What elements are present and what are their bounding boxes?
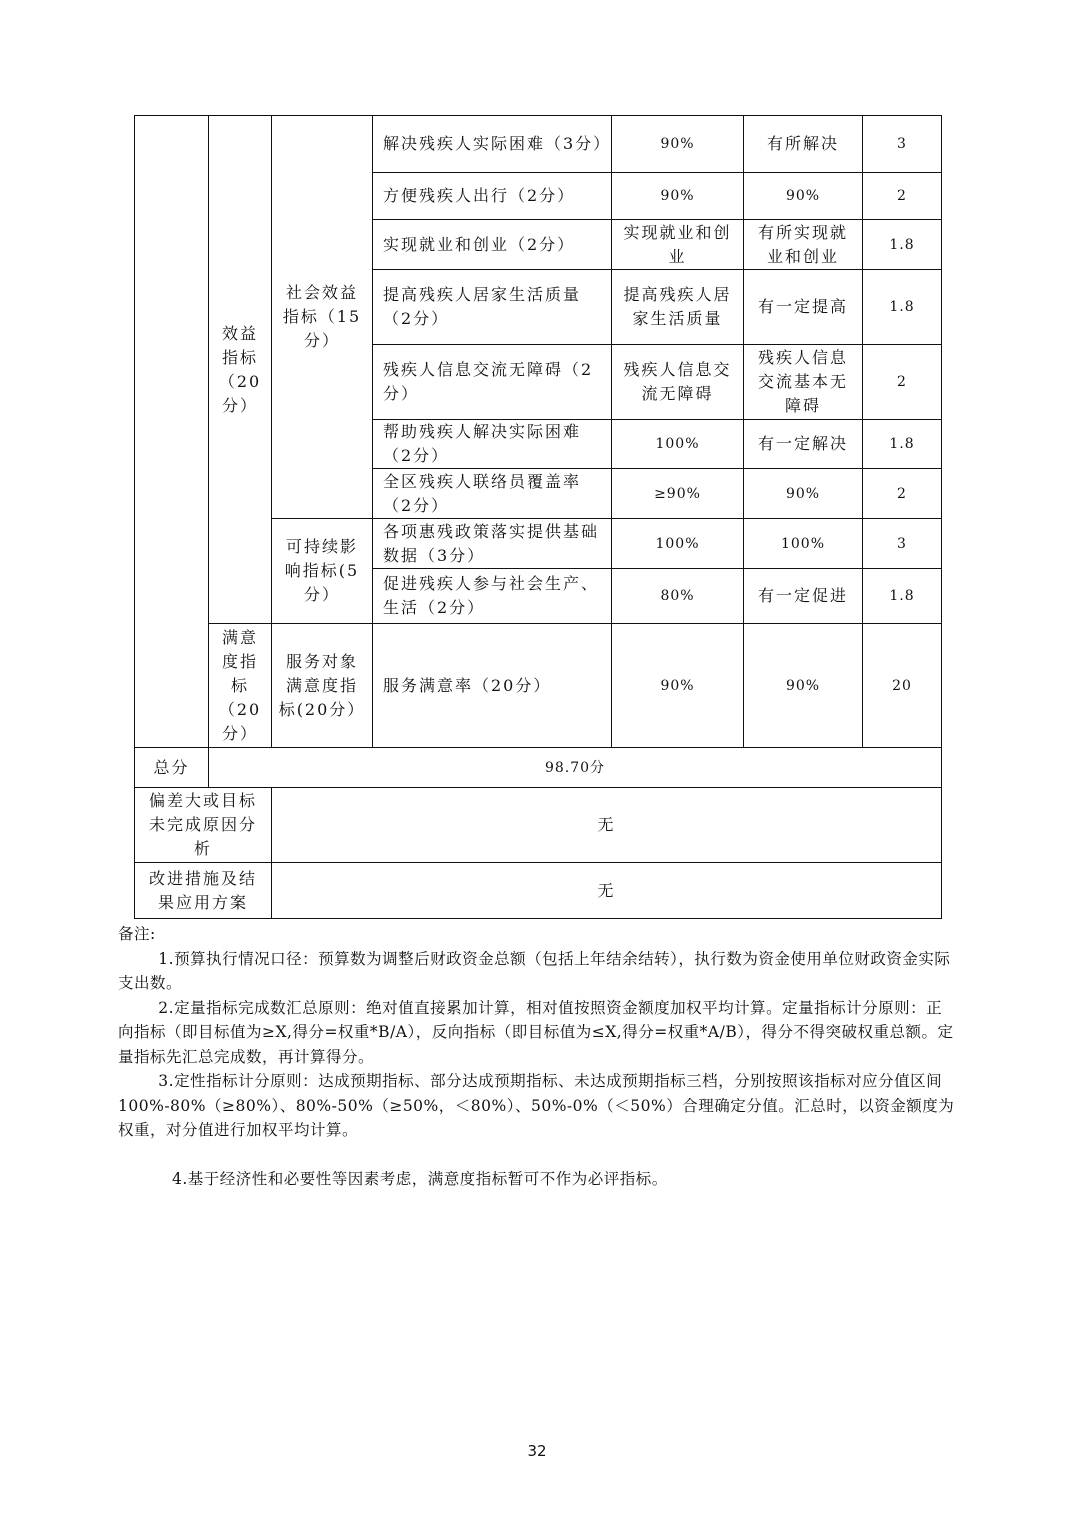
target-cell: ≥90% <box>612 469 744 519</box>
target-cell: 80% <box>612 569 744 624</box>
page-number: 32 <box>0 1442 1074 1460</box>
level3-social-cell: 社会效益指标（15分） <box>272 116 373 519</box>
indicator-cell: 解决残疾人实际困难（3分） <box>373 116 612 173</box>
target-cell: 90% <box>612 173 744 220</box>
actual-cell: 有一定提高 <box>744 270 863 345</box>
actual-cell: 有所实现就业和创业 <box>744 220 863 270</box>
note-item: 3.定性指标计分原则：达成预期指标、部分达成预期指标、未达成预期指标三档，分别按… <box>118 1069 958 1143</box>
target-cell: 实现就业和创业 <box>612 220 744 270</box>
actual-cell: 有一定解决 <box>744 420 863 469</box>
indicator-cell: 残疾人信息交流无障碍（2分） <box>373 345 612 420</box>
level3-satisfaction-cell: 服务对象满意度指标(20分） <box>272 624 373 748</box>
target-cell: 90% <box>612 116 744 173</box>
indicator-cell: 服务满意率（20分） <box>373 624 612 748</box>
improvement-value: 无 <box>272 863 942 919</box>
indicator-cell: 提高残疾人居家生活质量（2分） <box>373 270 612 345</box>
score-cell: 1.8 <box>863 270 942 345</box>
note-item: 1.预算执行情况口径：预算数为调整后财政资金总额（包括上年结余结转），执行数为资… <box>118 947 958 996</box>
notes-title: 备注: <box>118 922 958 947</box>
actual-cell: 有一定促进 <box>744 569 863 624</box>
score-cell: 1.8 <box>863 420 942 469</box>
target-cell: 100% <box>612 519 744 569</box>
actual-cell: 有所解决 <box>744 116 863 173</box>
level1-cell <box>135 116 209 748</box>
score-cell: 2 <box>863 345 942 420</box>
total-value: 98.70分 <box>209 748 942 788</box>
score-cell: 1.8 <box>863 220 942 270</box>
table-row: 满意度指标（20分） 服务对象满意度指标(20分） 服务满意率（20分） 90%… <box>135 624 942 748</box>
deviation-label: 偏差大或目标未完成原因分析 <box>135 788 272 863</box>
indicator-cell: 实现就业和创业（2分） <box>373 220 612 270</box>
actual-cell: 90% <box>744 469 863 519</box>
actual-cell: 100% <box>744 519 863 569</box>
deviation-value: 无 <box>272 788 942 863</box>
improvement-row: 改进措施及结果应用方案 无 <box>135 863 942 919</box>
level2-satisfaction-cell: 满意度指标（20分） <box>209 624 272 748</box>
score-cell: 2 <box>863 469 942 519</box>
indicator-cell: 促进残疾人参与社会生产、生活（2分） <box>373 569 612 624</box>
score-cell: 3 <box>863 116 942 173</box>
score-cell: 1.8 <box>863 569 942 624</box>
target-cell: 提高残疾人居家生活质量 <box>612 270 744 345</box>
indicator-cell: 方便残疾人出行（2分） <box>373 173 612 220</box>
indicator-cell: 全区残疾人联络员覆盖率（2分） <box>373 469 612 519</box>
deviation-row: 偏差大或目标未完成原因分析 无 <box>135 788 942 863</box>
target-cell: 残疾人信息交流无障碍 <box>612 345 744 420</box>
target-cell: 100% <box>612 420 744 469</box>
improvement-label: 改进措施及结果应用方案 <box>135 863 272 919</box>
note-item: 2.定量指标完成数汇总原则：绝对值直接累加计算，相对值按照资金额度加权平均计算。… <box>118 996 958 1070</box>
total-row: 总分 98.70分 <box>135 748 942 788</box>
score-cell: 2 <box>863 173 942 220</box>
note-item: 4.基于经济性和必要性等因素考虑，满意度指标暂可不作为必评指标。 <box>118 1167 958 1192</box>
score-cell: 3 <box>863 519 942 569</box>
indicator-cell: 帮助残疾人解决实际困难（2分） <box>373 420 612 469</box>
notes-section: 备注: 1.预算执行情况口径：预算数为调整后财政资金总额（包括上年结余结转），执… <box>118 922 958 1191</box>
performance-evaluation-table: 效益指标（20分） 社会效益指标（15分） 解决残疾人实际困难（3分） 90% … <box>134 115 942 919</box>
score-cell: 20 <box>863 624 942 748</box>
actual-cell: 90% <box>744 173 863 220</box>
level2-benefit-cell: 效益指标（20分） <box>209 116 272 624</box>
actual-cell: 残疾人信息交流基本无障碍 <box>744 345 863 420</box>
actual-cell: 90% <box>744 624 863 748</box>
table-row: 效益指标（20分） 社会效益指标（15分） 解决残疾人实际困难（3分） 90% … <box>135 116 942 173</box>
target-cell: 90% <box>612 624 744 748</box>
level3-sustain-cell: 可持续影响指标(5分） <box>272 519 373 624</box>
total-label: 总分 <box>135 748 209 788</box>
indicator-cell: 各项惠残政策落实提供基础数据（3分） <box>373 519 612 569</box>
